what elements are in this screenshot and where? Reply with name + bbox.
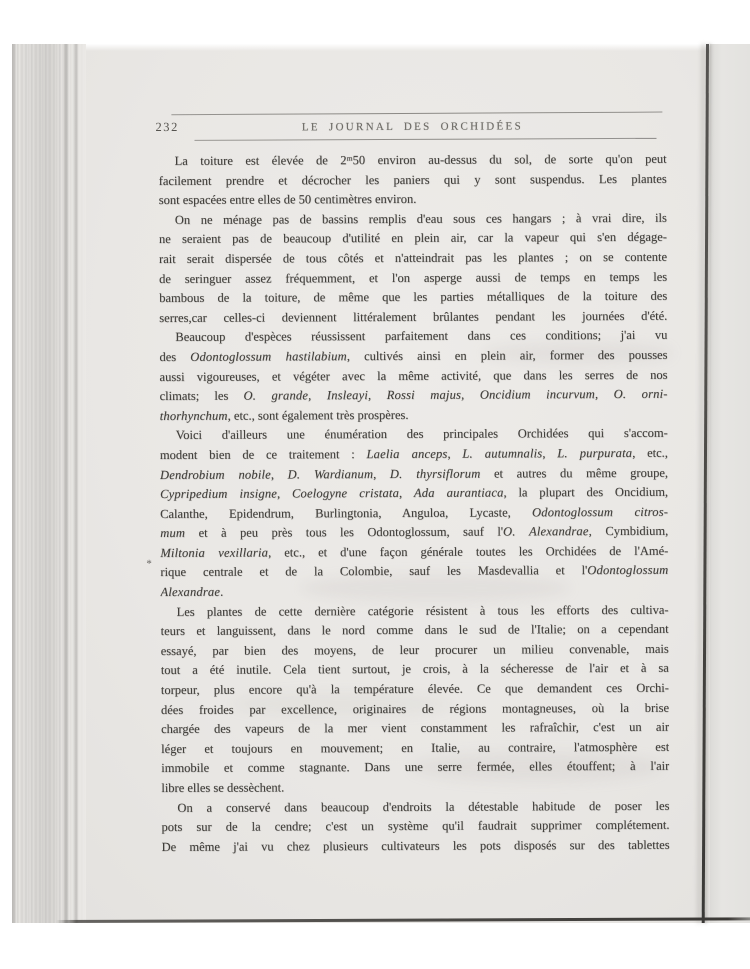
journal-title: LE JOURNAL DES ORCHIDÉES	[158, 120, 666, 134]
text-line: facilement prendre et décrocher les pani…	[159, 169, 667, 191]
text-line: La toiture est élevée de 2ᵐ50 environ au…	[159, 150, 667, 172]
page-content: 232 LE JOURNAL DES ORCHIDÉES * La toitur…	[158, 42, 670, 923]
margin-asterisk-mark: *	[146, 558, 152, 570]
text-line: On a conservé dans beaucoup d'endroits l…	[161, 796, 669, 818]
text-line: serres,car celles-ci deviennent littéral…	[159, 307, 667, 329]
text-line: immobile et comme stagnante. Dans une se…	[161, 757, 669, 779]
paragraph: Beaucoup d'espèces réussissent parfaitem…	[159, 326, 667, 426]
underlying-pages-strip	[710, 44, 750, 923]
text-line: Alexandrae.	[160, 581, 668, 603]
text-line: essayé, par bien des moyens, de leur pro…	[161, 640, 669, 662]
text-line: mum et à peu près tous les Odontoglossum…	[160, 522, 668, 544]
text-line: des Odontoglossum hastilabium, cultivés …	[159, 346, 667, 368]
text-line: tout a été inutile. Cela tient surtout, …	[161, 659, 669, 681]
text-line: libre elles se dessèchent.	[161, 777, 669, 799]
text-line: chargée des vapeurs de la mer vient cons…	[161, 718, 669, 740]
text-line: aussi vigoureuses, et végéter avec la mê…	[159, 365, 667, 387]
book-page-edges	[12, 44, 86, 923]
text-line: teurs et languissent, dans le nord comme…	[161, 620, 669, 642]
text-line: Dendrobium nobile, D. Wardianum, D. thyr…	[160, 463, 668, 485]
paragraph: La toiture est élevée de 2ᵐ50 environ au…	[159, 150, 667, 211]
text-line: Les plantes de cette dernière catégorie …	[161, 600, 669, 622]
paragraph: On a conservé dans beaucoup d'endroits l…	[161, 796, 669, 857]
text-line: thorhynchum, etc., sont également très p…	[160, 405, 668, 427]
text-line: bambous de la toiture, de même que les p…	[159, 287, 667, 309]
text-line: modent bien de ce traitement : Laelia an…	[160, 444, 668, 466]
header-rule-bottom	[195, 138, 657, 141]
text-line: dées froides par excellence, originaires…	[161, 698, 669, 720]
scanned-page: 232 LE JOURNAL DES ORCHIDÉES * La toitur…	[12, 44, 750, 923]
article-text: La toiture est élevée de 2ᵐ50 environ au…	[159, 150, 670, 858]
text-line: ne seraient pas de beaucoup d'utilité en…	[159, 228, 667, 250]
text-line: de seringuer assez fréquemment, et l'on …	[159, 267, 667, 289]
text-line: Beaucoup d'espèces réussissent parfaitem…	[159, 326, 667, 348]
text-line: De même j'ai vu chez plusieurs cultivate…	[162, 836, 670, 858]
text-line: Calanthe, Epidendrum, Burlingtonia, Angu…	[160, 502, 668, 524]
text-line: climats; les O. grande, Insleayi, Rossi …	[160, 385, 668, 407]
text-line: pots sur de la cendre; c'est un système …	[161, 816, 669, 838]
text-line: torpeur, plus encore qu'à la température…	[161, 679, 669, 701]
paragraph: Les plantes de cette dernière catégorie …	[161, 600, 670, 798]
text-line: sont espacées entre elles de 50 centimèt…	[159, 189, 667, 211]
text-line: Voici d'ailleurs une énumération des pri…	[160, 424, 668, 446]
text-line: On ne ménage pas de bassins remplis d'ea…	[159, 209, 667, 231]
paragraph: On ne ménage pas de bassins remplis d'ea…	[159, 209, 668, 329]
text-line: rait serait dispersée de tous côtés et n…	[159, 248, 667, 270]
text-line: Cypripedium insigne, Coelogyne cristata,…	[160, 483, 668, 505]
text-line: rique centrale et de la Colombie, sauf l…	[160, 561, 668, 583]
text-line: léger et toujours en mouvement; en Itali…	[161, 738, 669, 760]
page-edge-line	[702, 44, 709, 923]
paragraph: Voici d'ailleurs une énumération des pri…	[160, 424, 669, 603]
text-line: Miltonia vexillaria, etc., et d'une faço…	[160, 542, 668, 564]
header-rule-top	[171, 112, 662, 116]
